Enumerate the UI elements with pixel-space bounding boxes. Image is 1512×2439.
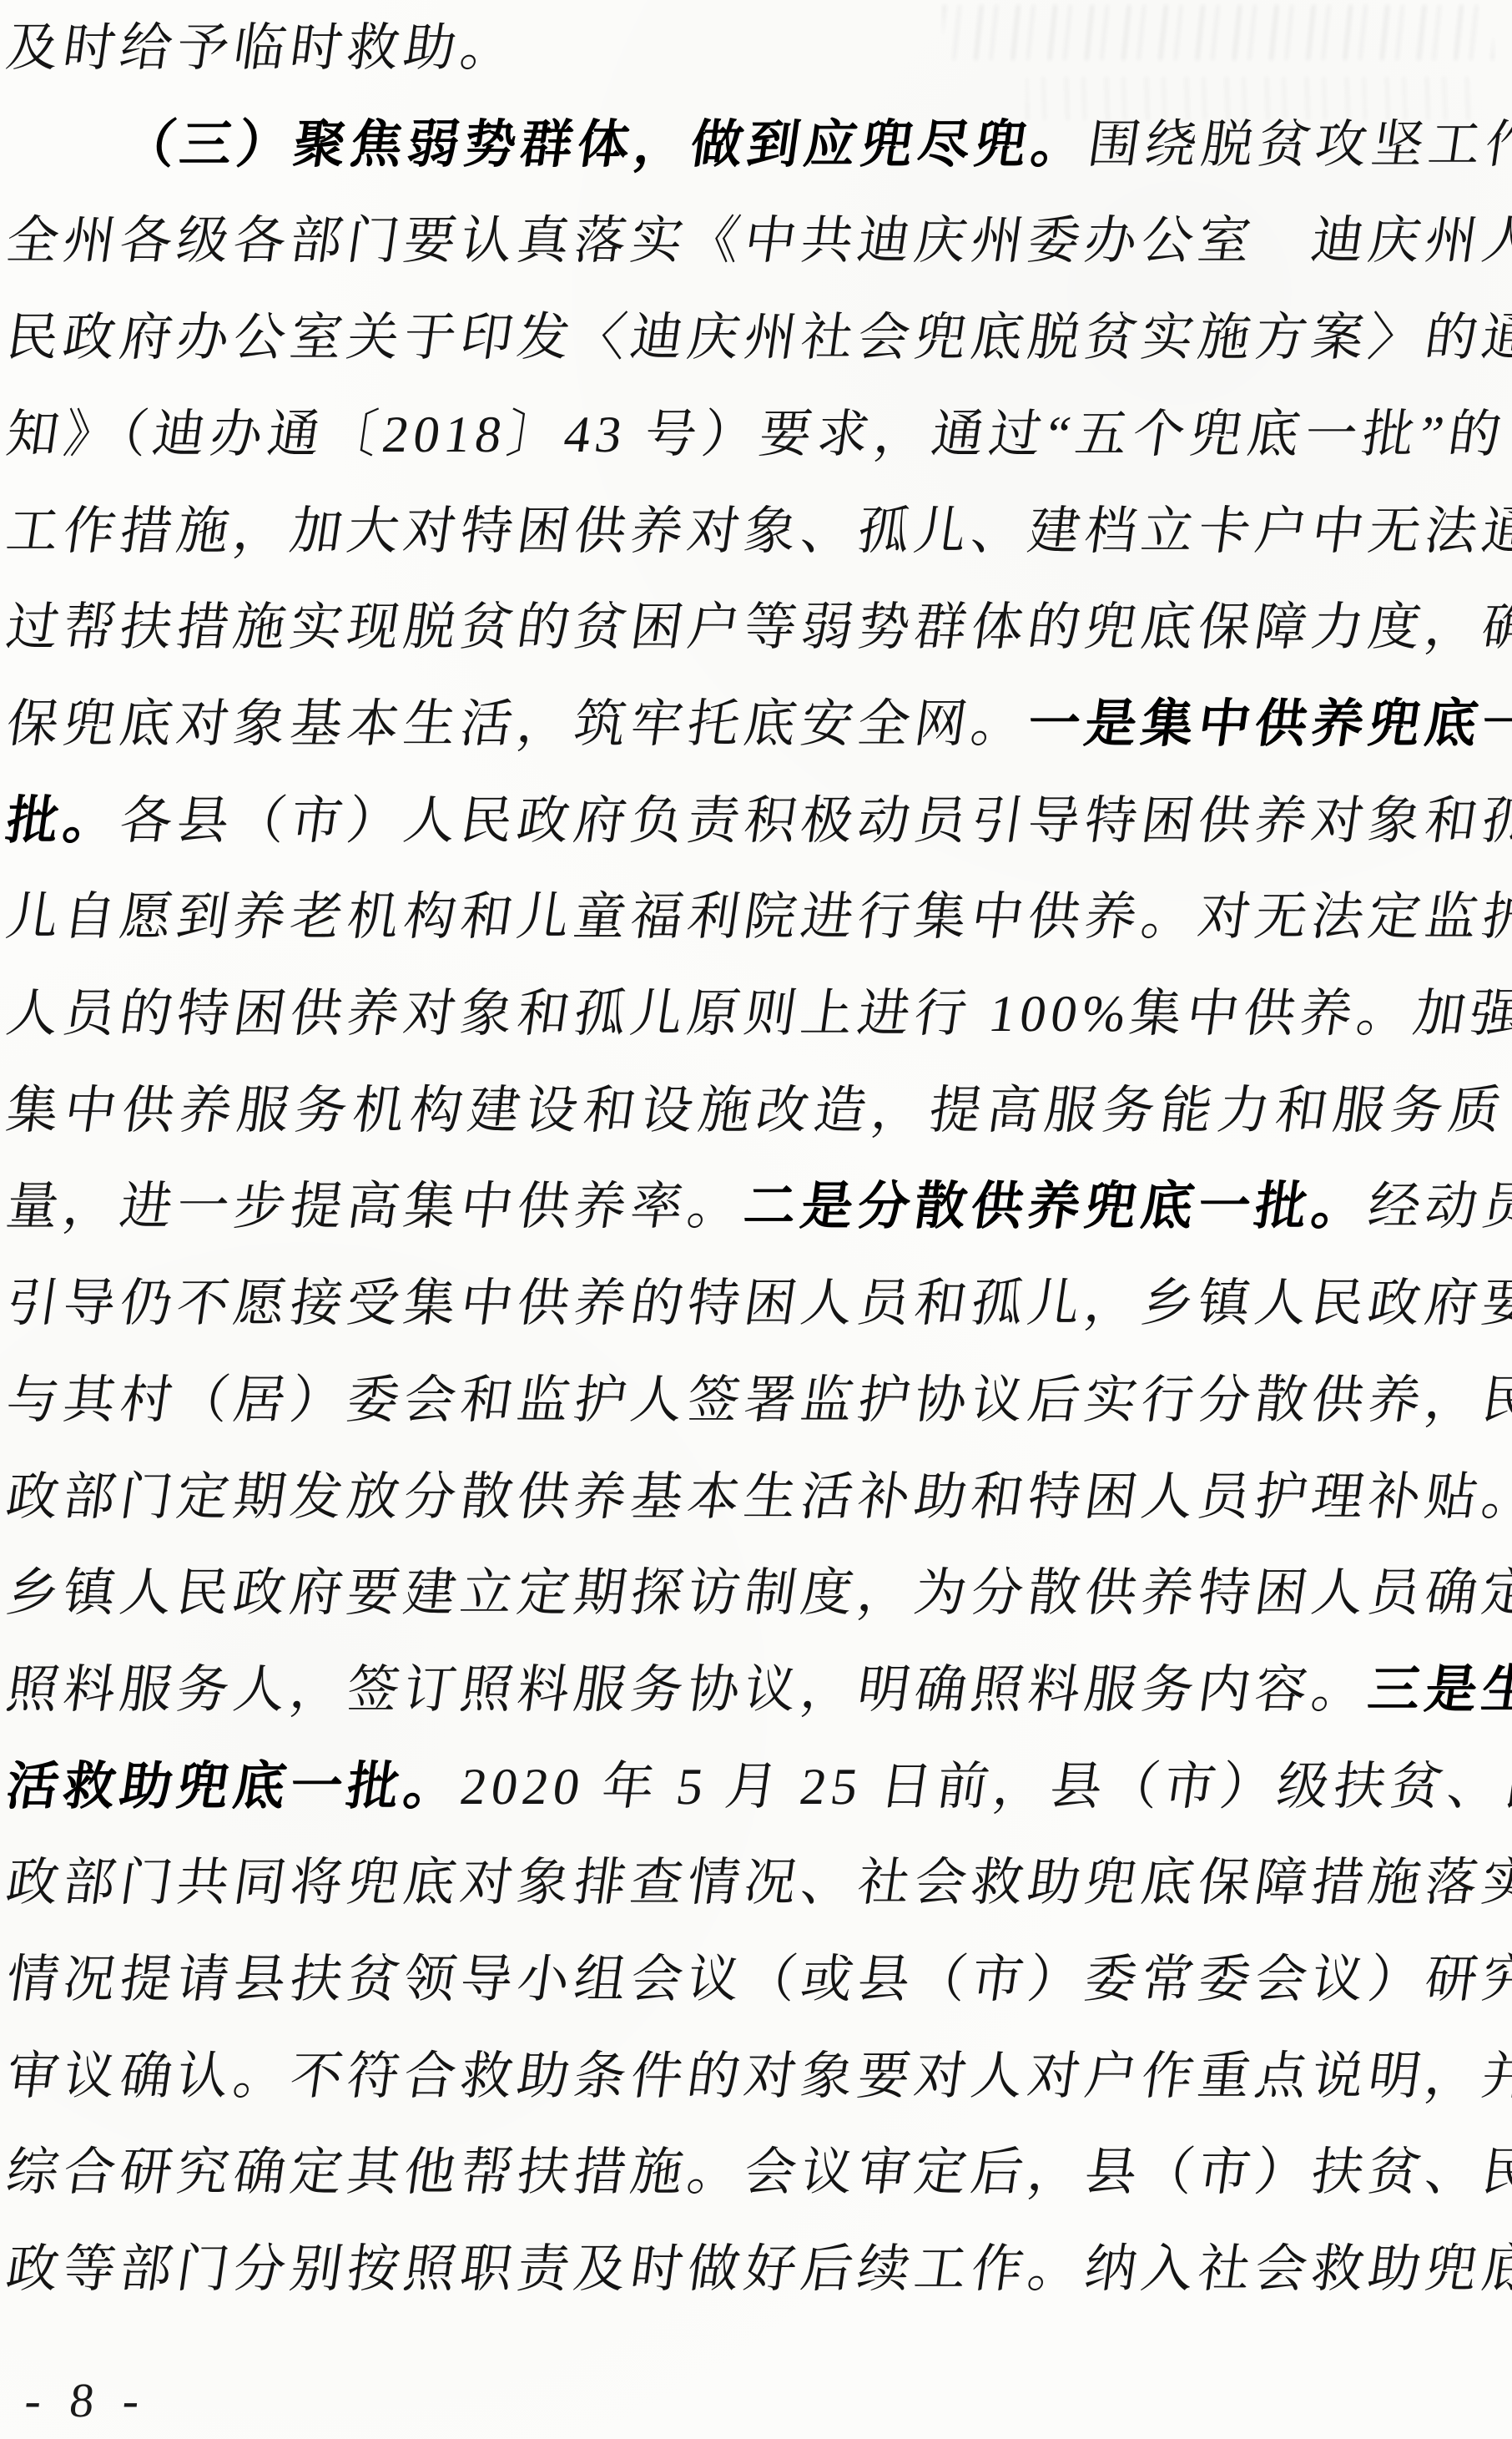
text-run: 审议确认。不符合救助条件的对象要对人对户作重点说明，并 xyxy=(3,2048,1512,2105)
emphasis-run: （三）聚焦弱势群体，做到应兜尽兜。 xyxy=(119,117,1092,174)
text-run: 及时给予临时救助。 xyxy=(3,20,522,77)
text-line-20: 政部门共同将兜底对象排查情况、社会救助兜底保障措施落实 xyxy=(3,1853,1509,1915)
text-line-10: 儿自愿到养老机构和儿童福利院进行集中供养。对无法定监护 xyxy=(3,887,1509,949)
text-run: 全州各级各部门要认真落实《中共迪庆州委办公室 迪庆州人 xyxy=(3,213,1512,270)
text-line-3: 全州各级各部门要认真落实《中共迪庆州委办公室 迪庆州人 xyxy=(3,211,1509,273)
text-line-21: 情况提请县扶贫领导小组会议（或县（市）委常委会议）研究 xyxy=(3,1950,1509,2012)
text-run: 量，进一步提高集中供养率。 xyxy=(3,1179,748,1235)
text-run: 保兜底对象基本生活，筑牢托底安全网。 xyxy=(3,696,1032,753)
text-run: 各县（市）人民政府负责积极动员引导特困供养对象和孤 xyxy=(116,793,1512,850)
text-run: 政部门定期发放分散供养基本生活补助和特困人员护理补贴。 xyxy=(3,1469,1512,1526)
text-line-11: 人员的特困供养对象和孤儿原则上进行 100%集中供养。加强 xyxy=(3,984,1509,1046)
text-run: 经动员 xyxy=(1364,1179,1512,1235)
text-run: 集中供养服务机构建设和设施改造，提高服务能力和服务质 xyxy=(3,1083,1509,1139)
bleedthrough-artifact xyxy=(1026,77,1477,120)
text-run: 与其村（居）委会和监护人签署监护协议后实行分散供养，民 xyxy=(3,1372,1512,1429)
text-line-4: 民政府办公室关于印发〈迪庆州社会兜底脱贫实施方案〉的通 xyxy=(3,308,1509,370)
text-run: 政部门共同将兜底对象排查情况、社会救助兜底保障措施落实 xyxy=(3,1855,1512,1911)
text-line-18: 照料服务人，签订照料服务协议，明确照料服务内容。三是生 xyxy=(3,1660,1509,1722)
text-run: 乡镇人民政府要建立定期探访制度，为分散供养特困人员确定 xyxy=(3,1565,1512,1622)
text-run: 引导仍不愿接受集中供养的特困人员和孤儿，乡镇人民政府要 xyxy=(3,1275,1512,1332)
text-line-1: 及时给予临时救助。 xyxy=(3,18,1509,80)
text-line-13: 量，进一步提高集中供养率。二是分散供养兜底一批。经动员 xyxy=(3,1177,1509,1239)
text-run: 知》（迪办通〔2018〕43 号）要求，通过“五个兜底一批”的 xyxy=(3,406,1509,463)
text-line-22: 审议确认。不符合救助条件的对象要对人对户作重点说明，并 xyxy=(3,2047,1509,2108)
text-line-17: 乡镇人民政府要建立定期探访制度，为分散供养特困人员确定 xyxy=(3,1563,1509,1625)
page-number: - 8 - xyxy=(22,2372,150,2428)
text-line-2: （三）聚焦弱势群体，做到应兜尽兜。围绕脱贫攻坚工作， xyxy=(3,115,1509,177)
text-run: 情况提请县扶贫领导小组会议（或县（市）委常委会议）研究 xyxy=(3,1952,1512,2008)
text-run: 2020 年 5 月 25 日前，县（市）级扶贫、民 xyxy=(456,1759,1512,1815)
text-line-15: 与其村（居）委会和监护人签署监护协议后实行分散供养，民 xyxy=(3,1371,1509,1432)
text-run: 过帮扶措施实现脱贫的贫困户等弱势群体的兜底保障力度，确 xyxy=(3,599,1512,656)
text-run: 围绕脱贫攻坚工作， xyxy=(1084,117,1512,174)
text-run: 照料服务人，签订照料服务协议，明确照料服务内容。 xyxy=(3,1662,1373,1719)
text-line-8: 保兜底对象基本生活，筑牢托底安全网。一是集中供养兜底一 xyxy=(3,694,1509,756)
text-run: 政等部门分别按照职责及时做好后续工作。纳入社会救助兜底 xyxy=(3,2241,1512,2298)
text-run: 工作措施，加大对特困供养对象、孤儿、建档立卡户中无法通 xyxy=(3,503,1512,560)
emphasis-run: 活救助兜底一批。 xyxy=(3,1759,465,1815)
text-line-12: 集中供养服务机构建设和设施改造，提高服务能力和服务质 xyxy=(3,1081,1509,1143)
text-line-5: 知》（迪办通〔2018〕43 号）要求，通过“五个兜底一批”的 xyxy=(3,405,1509,467)
text-line-19: 活救助兜底一批。2020 年 5 月 25 日前，县（市）级扶贫、民 xyxy=(3,1757,1509,1819)
emphasis-run: 三是生 xyxy=(1364,1662,1512,1719)
text-run: 综合研究确定其他帮扶措施。会议审定后，县（市）扶贫、民 xyxy=(3,2144,1512,2201)
text-line-24: 政等部门分别按照职责及时做好后续工作。纳入社会救助兜底 xyxy=(3,2240,1509,2301)
text-line-14: 引导仍不愿接受集中供养的特困人员和孤儿，乡镇人民政府要 xyxy=(3,1274,1509,1336)
text-run: 儿自愿到养老机构和儿童福利院进行集中供养。对无法定监护 xyxy=(3,889,1512,946)
emphasis-run: 一是集中供养兜底一 xyxy=(1024,696,1512,753)
scanned-document-page: 及时给予临时救助。（三）聚焦弱势群体，做到应兜尽兜。围绕脱贫攻坚工作，全州各级各… xyxy=(0,0,1512,2439)
text-line-7: 过帮扶措施实现脱贫的贫困户等弱势群体的兜底保障力度，确 xyxy=(3,598,1509,659)
text-run: 人员的特困供养对象和孤儿原则上进行 100%集中供养。加强 xyxy=(3,986,1512,1043)
text-line-9: 批。各县（市）人民政府负责积极动员引导特困供养对象和孤 xyxy=(3,791,1509,853)
text-line-23: 综合研究确定其他帮扶措施。会议审定后，县（市）扶贫、民 xyxy=(3,2143,1509,2204)
text-run: 民政府办公室关于印发〈迪庆州社会兜底脱贫实施方案〉的通 xyxy=(3,310,1512,366)
text-line-6: 工作措施，加大对特困供养对象、孤儿、建档立卡户中无法通 xyxy=(3,502,1509,563)
emphasis-run: 二是分散供养兜底一批。 xyxy=(740,1179,1373,1235)
emphasis-run: 批。 xyxy=(3,793,124,850)
text-line-16: 政部门定期发放分散供养基本生活补助和特困人员护理补贴。 xyxy=(3,1467,1509,1529)
